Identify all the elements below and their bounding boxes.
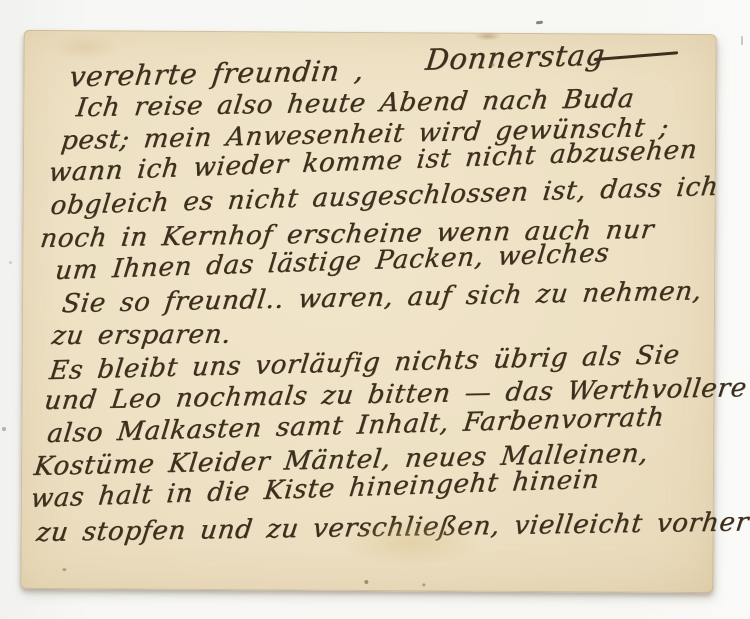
age-blotch bbox=[50, 34, 120, 60]
foxing-spot bbox=[364, 580, 368, 584]
foxing-spot bbox=[62, 568, 66, 571]
pen-flourish bbox=[594, 51, 678, 60]
foxing-spot bbox=[422, 583, 425, 586]
dust-speck bbox=[741, 36, 743, 45]
letter-body: Ich reise also heute Abend nach Buda pes… bbox=[21, 92, 711, 553]
handwritten-line: zu stopfen und zu verschließen, vielleic… bbox=[34, 507, 709, 550]
date-line: Donnerstag bbox=[424, 35, 681, 76]
handwritten-letter-card: Donnerstag verehrte freundin , Ich reise… bbox=[20, 30, 716, 593]
scan-background: Donnerstag verehrte freundin , Ich reise… bbox=[0, 0, 750, 619]
dust-speck bbox=[9, 261, 12, 264]
foxing-smudge bbox=[474, 32, 502, 41]
dust-speck bbox=[2, 427, 6, 431]
date-word: Donnerstag bbox=[424, 38, 607, 77]
dust-speck bbox=[536, 21, 543, 25]
